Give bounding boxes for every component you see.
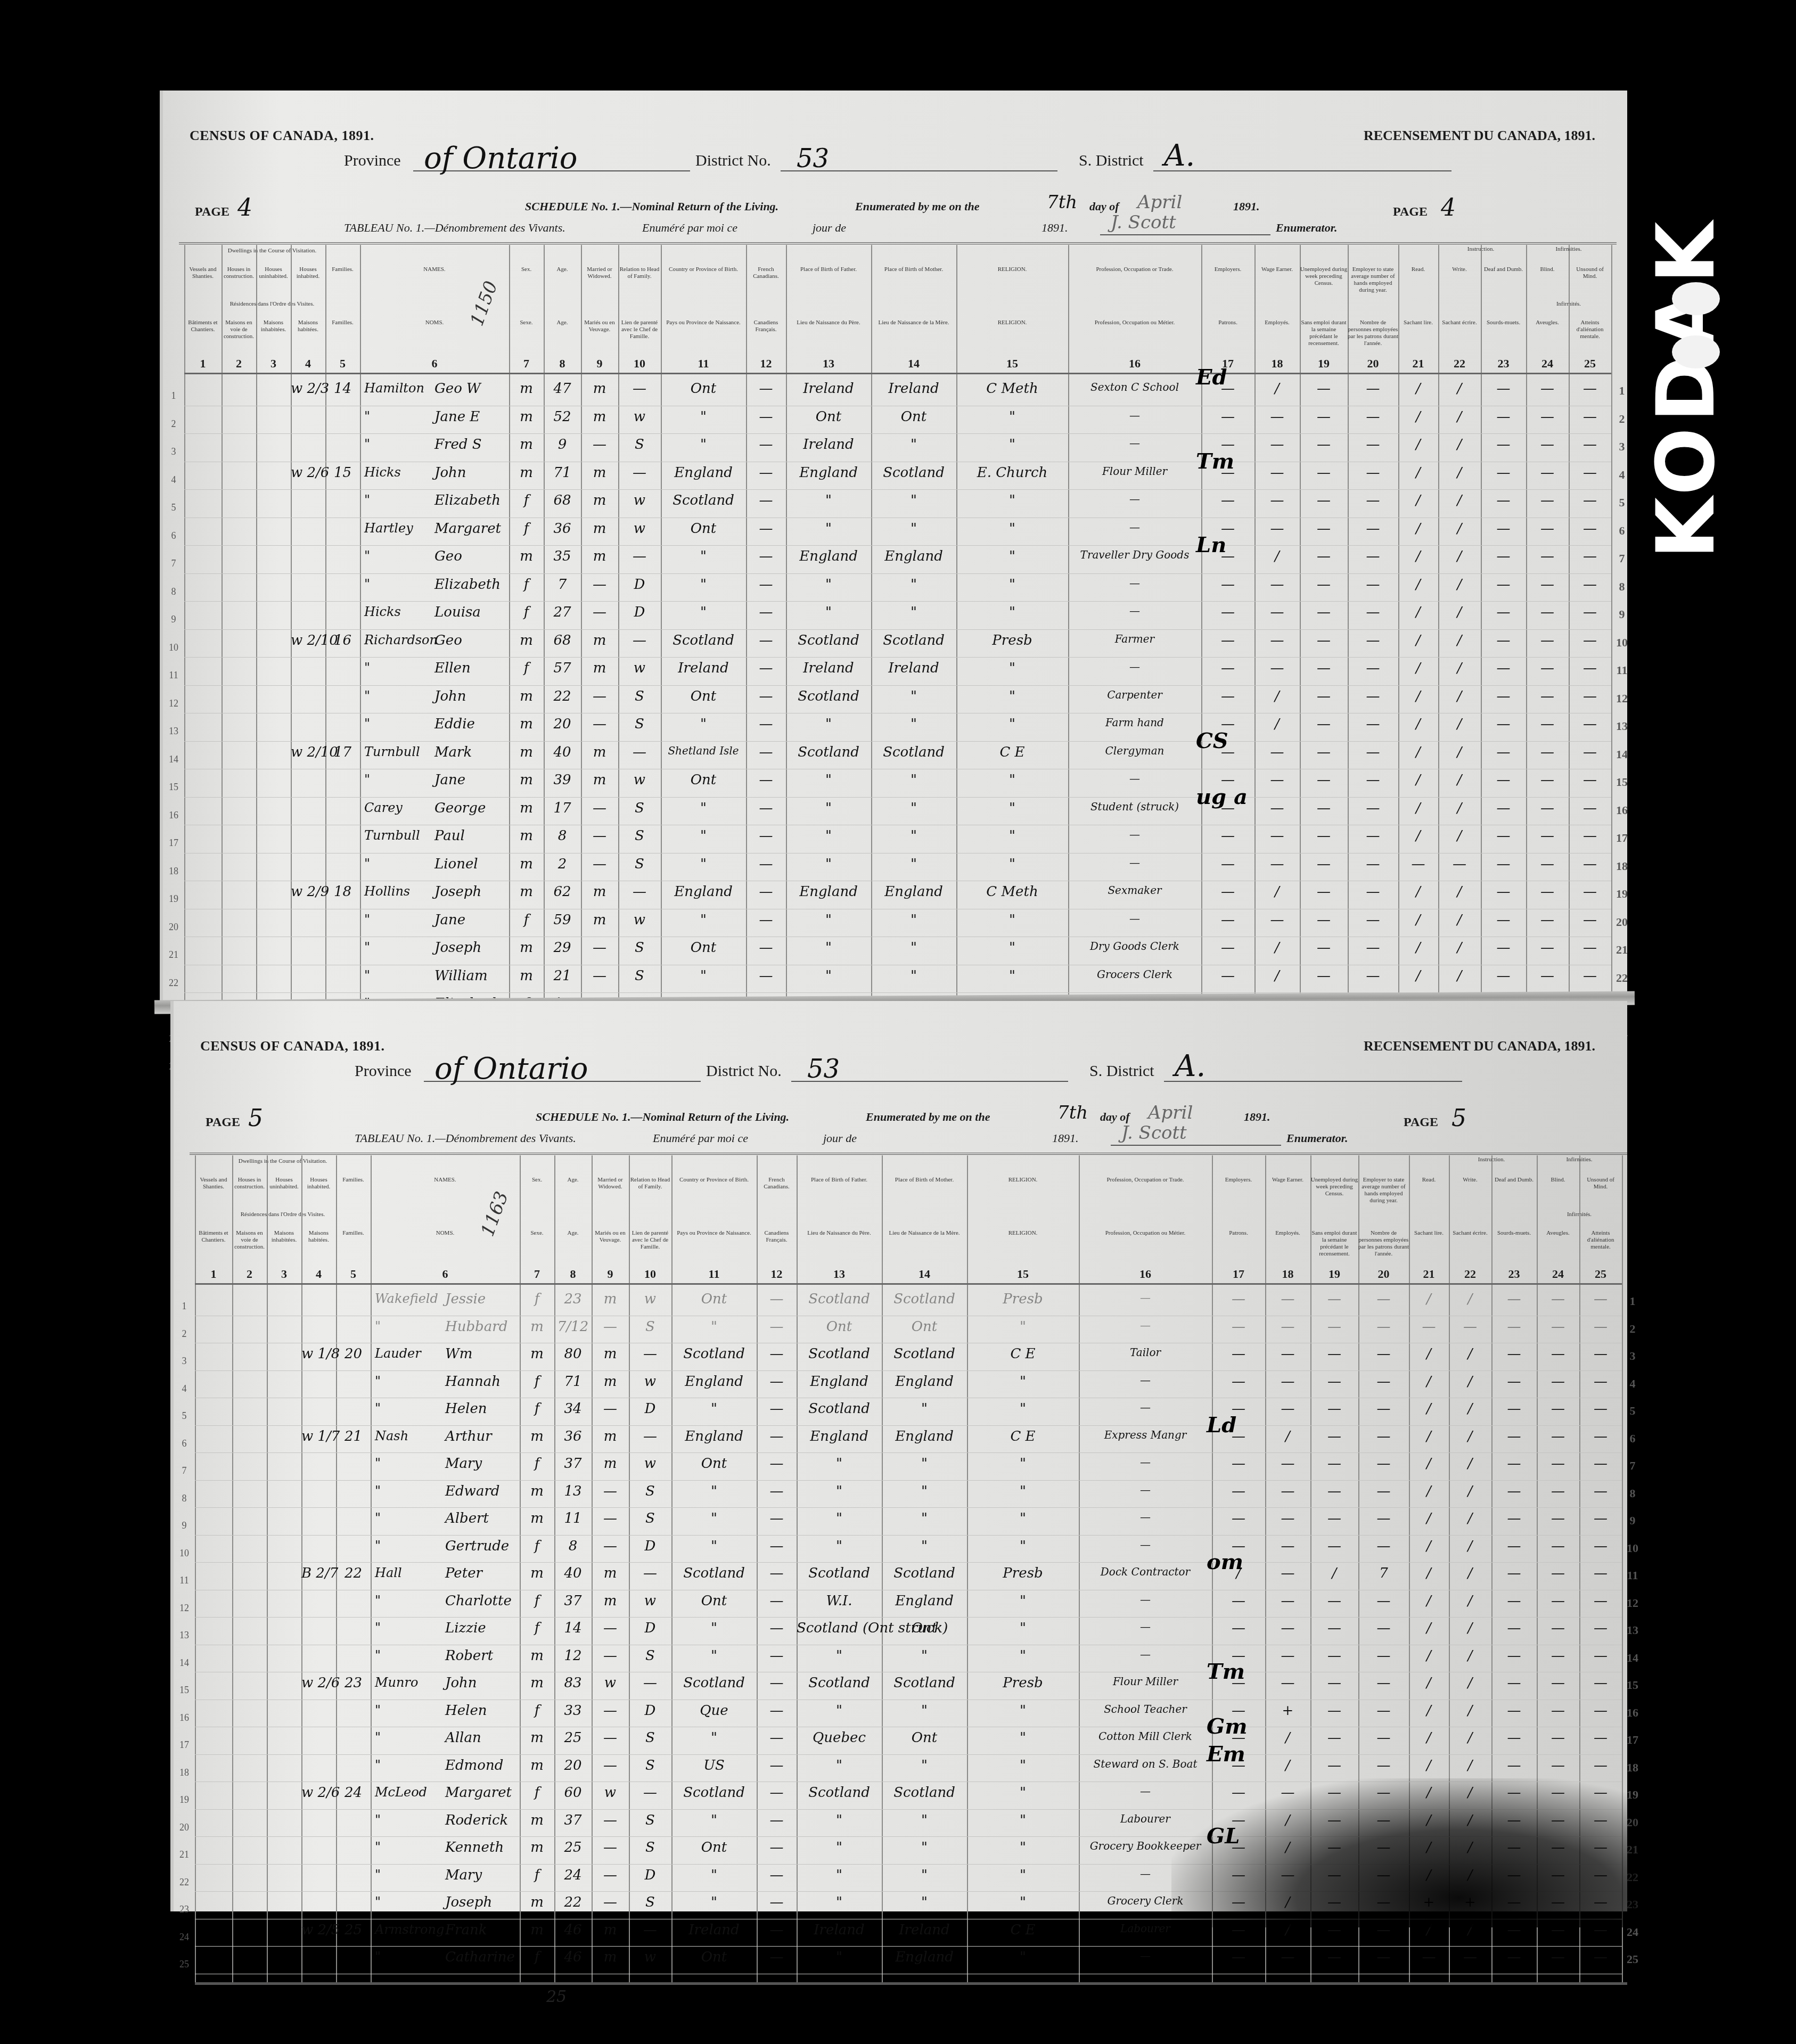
cell-age: 25 [554,1840,592,1856]
cell-mother-birthplace: " [871,940,956,956]
cell-french-canadian: — [746,856,786,872]
enumerator-underline [1100,234,1270,235]
cell-can-write: / [1438,409,1481,425]
column-header-7: Sex. [509,266,544,273]
cell-relation-to-head: S [629,1758,671,1774]
row-number-right: 17 [1614,831,1630,845]
cell-sex: m [509,968,544,984]
cell-can-read: — [1398,856,1438,872]
cell-occupation: Steward on S. Boat [1079,1758,1212,1770]
cell-sex: f [520,1401,554,1417]
cell-mother-birthplace: England [882,1949,967,1965]
cell-given-name: Elizabeth [434,577,509,593]
tableau-label: TABLEAU No. 1.—Dénombrement des Vivants. [344,221,565,235]
cell-wage-earner: — [1254,800,1300,816]
cell-dwelling-fraction: w 2/6 [301,1675,336,1691]
cell-father-birthplace: " [786,912,871,928]
cell-sex: f [520,1867,554,1883]
cell-mother-birthplace: " [871,828,956,844]
cell-age: 57 [544,660,581,676]
cell-sex: m [520,1894,554,1910]
cell-birthplace: " [671,1730,757,1746]
column-header-fr-8: Age. [544,319,581,326]
cell-can-write: / [1438,800,1481,816]
cell-father-birthplace: " [786,968,871,984]
cell-given-name: Jane [434,772,509,788]
cell-blind: — [1526,577,1569,593]
district-label: District No. [706,1062,782,1080]
cell-marital-status: — [581,604,618,620]
cell-hands-employed: — [1358,1429,1409,1444]
cell-deaf-dumb: — [1481,688,1526,704]
cell-blind: — [1526,409,1569,425]
column-rule [360,245,361,1085]
cell-occupation: Flour Miller [1068,465,1201,478]
column-number-24: 24 [1537,1267,1579,1281]
row-number-right: 4 [1614,468,1630,482]
cell-can-write: / [1449,1483,1491,1499]
cell-sex: f [520,1703,554,1719]
cell-religion: " [967,1730,1079,1746]
cell-mother-birthplace: " [871,800,956,816]
column-number-12: 12 [746,357,786,371]
cell-french-canadian: — [757,1648,797,1664]
cell-relation-to-head: — [629,1565,671,1581]
cell-surname: " [364,968,433,983]
cell-wage-earner: — [1265,1949,1310,1965]
cell-relation-to-head: — [618,744,661,760]
cell-can-read: / [1409,1565,1449,1581]
cell-can-write: — [1438,856,1481,872]
cell-can-read: — [1409,1949,1449,1965]
cell-can-read: / [1398,548,1438,564]
row-number-left: 22 [176,1877,192,1888]
cell-hands-employed: — [1348,828,1398,844]
cell-birthplace: " [671,1894,757,1910]
row-rule [184,462,1611,462]
cell-age: 52 [544,409,581,425]
cell-marital-status: — [592,1538,629,1554]
cell-hands-employed: — [1358,1319,1409,1335]
cell-given-name: Paul [434,828,509,844]
cell-surname: " [364,940,433,955]
row-rule [184,713,1611,713]
cell-birthplace: England [661,465,746,481]
row-number-right: 7 [1625,1459,1641,1473]
cell-birthplace: Ont [661,772,746,788]
cell-unemployed: — [1300,912,1348,928]
cell-french-canadian: — [746,577,786,593]
dwellings-group-header: Dwellings in the Course of Visitation. [184,248,360,255]
cell-father-birthplace: " [786,716,871,732]
cell-given-name: Edward [445,1483,520,1499]
cell-marital-status: — [592,1648,629,1664]
cell-employer: — [1201,828,1254,844]
cell-can-write: / [1438,633,1481,649]
cell-can-write: / [1449,1758,1491,1774]
cell-relation-to-head: — [629,1922,671,1938]
cell-hands-employed: — [1358,1620,1409,1636]
cell-employer: — [1201,968,1254,984]
cell-relation-to-head: S [618,716,661,732]
cell-father-birthplace: Ireland [786,660,871,676]
cell-surname: Armstrong [375,1922,444,1937]
cell-given-name: Hannah [445,1374,520,1390]
cell-religion: " [956,604,1068,620]
cell-marital-status: m [581,912,618,928]
cell-surname: " [375,1894,444,1909]
cell-unemployed: — [1300,772,1348,788]
column-header-fr-1: Bâtiments et Chantiers. [195,1230,232,1244]
cell-deaf-dumb: — [1481,772,1526,788]
cell-unsound-mind: — [1569,772,1611,788]
cell-mother-birthplace: " [871,521,956,537]
column-number-22: 22 [1449,1267,1491,1281]
cell-blind: — [1526,968,1569,984]
cell-employer: — [1212,1483,1265,1499]
cell-relation-to-head: — [618,633,661,649]
cell-given-name: Catharine [445,1949,520,1965]
cell-can-read: / [1398,465,1438,481]
cell-unsound-mind: — [1579,1429,1622,1444]
cell-marital-status: — [581,716,618,732]
cell-surname: Hartley [364,521,433,536]
cell-unemployed: — [1300,744,1348,760]
cell-blind: — [1526,465,1569,481]
cell-employer: — [1201,884,1254,900]
row-rule [195,1535,1622,1536]
cell-blind: — [1526,884,1569,900]
cell-surname: " [364,912,433,927]
column-header-fr-14: Lieu de Naissance de la Mère. [882,1230,967,1237]
cell-surname: " [375,1703,444,1718]
cell-surname: " [364,660,433,675]
cell-french-canadian: — [746,465,786,481]
cell-mother-birthplace: " [871,912,956,928]
cell-father-birthplace: " [797,1758,882,1774]
column-header-fr-18: Employés. [1254,319,1300,326]
row-number-left: 24 [176,1932,192,1943]
cell-can-read: / [1409,1703,1449,1719]
column-header-15: RELIGION. [956,266,1068,273]
cell-dwelling-fraction: w 1/8 [301,1346,336,1362]
row-number-right: 5 [1625,1404,1641,1418]
cell-surname: " [375,1538,444,1553]
cell-unemployed: — [1310,1593,1358,1609]
cell-marital-status: — [592,1894,629,1910]
cell-marital-status: — [581,437,618,453]
column-header-17: Employers. [1212,1177,1265,1184]
cell-unsound-mind: — [1579,1648,1622,1664]
cell-birthplace: " [671,1511,757,1526]
column-number-24: 24 [1526,357,1569,371]
cell-mother-birthplace: " [882,1511,967,1526]
row-rule [184,741,1611,742]
row-rule [195,1343,1622,1343]
cell-occupation: — [1068,772,1201,785]
cell-french-canadian: — [757,1429,797,1444]
cell-age: 37 [554,1593,592,1609]
cell-birthplace: " [661,577,746,593]
cell-religion: C E [956,744,1068,760]
column-header-5: Families. [325,266,360,273]
cell-surname: Nash [375,1429,444,1443]
cell-relation-to-head: — [629,1785,671,1801]
row-rule [195,1507,1622,1508]
cell-father-birthplace: England [786,548,871,564]
cell-can-read: / [1398,521,1438,537]
cell-age: 59 [544,912,581,928]
row-number-right: 3 [1614,440,1630,454]
cell-employer: — [1212,1319,1265,1335]
cell-wage-earner: / [1254,940,1300,956]
cell-can-write: / [1449,1648,1491,1664]
cell-unemployed: — [1300,548,1348,564]
cell-given-name: Ellen [434,660,509,676]
column-number-7: 7 [509,357,544,371]
cell-relation-to-head: S [629,1840,671,1856]
cell-wage-earner: — [1254,772,1300,788]
enumerator-annotation: Gm [1207,1714,1247,1739]
column-header-fr-3: Maisons inhabitées. [256,319,291,333]
cell-french-canadian: — [757,1840,797,1856]
row-number-left: 21 [176,1849,192,1860]
column-number-8: 8 [554,1267,592,1281]
cell-deaf-dumb: — [1481,381,1526,397]
cell-family-number: 25 [336,1922,371,1938]
cell-mother-birthplace: " [871,604,956,620]
column-header-23: Deaf and Dumb. [1491,1177,1537,1184]
cell-birthplace: " [661,409,746,425]
column-number-18: 18 [1265,1267,1310,1281]
cell-birthplace: Scotland [671,1675,757,1691]
column-header-fr-23: Sourds-muets. [1491,1230,1537,1237]
cell-marital-status: m [592,1565,629,1581]
cell-relation-to-head: S [629,1894,671,1910]
cell-family-number: 20 [336,1346,371,1362]
row-rule [195,1452,1622,1453]
cell-given-name: Lizzie [445,1620,520,1636]
cell-can-read: / [1409,1675,1449,1691]
cell-given-name: Mary [445,1867,520,1883]
enumerator-annotation: Ln [1196,532,1226,557]
cell-wage-earner: — [1265,1291,1310,1307]
cell-unemployed: — [1310,1456,1358,1472]
column-header-fr-16: Profession, Occupation ou Métier. [1079,1230,1212,1237]
cell-age: 40 [554,1565,592,1581]
row-rule [184,937,1611,937]
cell-hands-employed: — [1348,940,1398,956]
cell-blind: — [1537,1456,1579,1472]
cell-given-name: Allan [445,1730,520,1746]
row-number-right: 7 [1614,552,1630,565]
cell-sex: m [520,1730,554,1746]
cell-mother-birthplace: " [882,1758,967,1774]
cell-religion: " [967,1511,1079,1526]
column-rule [325,245,326,1085]
column-header-11: Country or Province of Birth. [671,1177,757,1184]
cell-blind: — [1537,1758,1579,1774]
cell-blind: — [1537,1730,1579,1746]
cell-wage-earner: / [1254,716,1300,732]
cell-deaf-dumb: — [1481,744,1526,760]
cell-father-birthplace: England [786,465,871,481]
cell-unemployed: — [1310,1538,1358,1554]
cell-hands-employed: — [1348,800,1398,816]
cell-deaf-dumb: — [1481,884,1526,900]
cell-unsound-mind: — [1579,1456,1622,1472]
cell-blind: — [1526,912,1569,928]
cell-mother-birthplace: Ont [882,1730,967,1746]
row-rule [195,1562,1622,1563]
cell-sex: m [509,884,544,900]
cell-given-name: Louisa [434,604,509,620]
row-number-left: 8 [176,1493,192,1504]
row-number-right: 14 [1625,1651,1641,1665]
cell-deaf-dumb: — [1491,1538,1537,1554]
cell-unemployed: — [1300,660,1348,676]
cell-birthplace: " [661,548,746,564]
enumerator-annotation: om [1207,1549,1243,1574]
row-number-left: 12 [166,698,182,709]
column-number-2: 2 [222,357,256,371]
cell-religion: Presb [956,633,1068,649]
cell-birthplace: Ont [671,1840,757,1856]
cell-hands-employed: — [1348,604,1398,620]
column-header-2: Houses in construction. [222,266,256,280]
column-header-fr-4: Maisons habitées. [301,1230,336,1244]
cell-religion: C Meth [956,884,1068,900]
cell-relation-to-head: — [618,381,661,397]
cell-given-name: Jane [434,912,509,928]
cell-deaf-dumb: — [1491,1346,1537,1362]
column-header-7: Sex. [520,1177,554,1184]
cell-birthplace: " [671,1538,757,1554]
cell-can-write: / [1438,688,1481,704]
cell-hands-employed: — [1348,633,1398,649]
cell-unsound-mind: — [1579,1319,1622,1335]
cell-sex: m [509,828,544,844]
cell-surname: " [375,1511,444,1525]
cell-family-number: 24 [336,1785,371,1801]
cell-age: 13 [554,1483,592,1499]
column-header-12: French Canadians. [757,1177,797,1191]
cell-can-write: / [1438,604,1481,620]
cell-given-name: Jane E [434,409,509,425]
cell-birthplace: " [661,828,746,844]
row-number-left: 21 [166,949,182,961]
cell-religion: " [967,1483,1079,1499]
column-header-4: Houses inhabited. [291,266,325,280]
cell-can-read: / [1409,1538,1449,1554]
cell-can-write: / [1438,465,1481,481]
cell-wage-earner: — [1254,437,1300,453]
column-number-1: 1 [184,357,222,371]
cell-birthplace: Ont [671,1593,757,1609]
column-header-fr-1: Bâtiments et Chantiers. [184,319,222,333]
enumerator-annotation: Tm [1207,1659,1245,1684]
cell-unemployed: — [1310,1703,1358,1719]
column-header-1: Vessels and Shanties. [184,266,222,280]
cell-family-number: 21 [336,1429,371,1444]
cell-father-birthplace: " [797,1483,882,1499]
cell-can-write: / [1438,521,1481,537]
cell-sex: f [509,521,544,537]
row-number-right: 20 [1614,915,1630,929]
cell-mother-birthplace: Ont [882,1620,967,1636]
column-number-23: 23 [1481,357,1526,371]
cell-hands-employed: 7 [1358,1565,1409,1581]
column-header-6: NAMES. [371,1177,520,1184]
column-number-1: 1 [195,1267,232,1281]
cell-wage-earner: — [1254,912,1300,928]
row-rule [195,1946,1622,1947]
row-number-left: 15 [166,782,182,793]
cell-wage-earner: — [1265,1511,1310,1526]
cell-dwelling-fraction: w 2/6 [291,465,325,481]
cell-wage-earner: — [1265,1374,1310,1390]
district-value: 53 [797,144,829,174]
cell-mother-birthplace: " [882,1894,967,1910]
cell-can-read: / [1398,912,1438,928]
cell-blind: — [1526,744,1569,760]
cell-mother-birthplace: " [871,492,956,508]
column-header-fr-25: Atteints d'aliénation mentale. [1579,1230,1622,1251]
row-rule [195,1370,1622,1371]
cell-mother-birthplace: Scotland [882,1346,967,1362]
column-number-20: 20 [1348,357,1398,371]
cell-relation-to-head: w [629,1374,671,1390]
cell-occupation: Student (struck) [1068,800,1201,813]
cell-religion: " [967,1593,1079,1609]
row-rule [195,1754,1622,1755]
cell-religion: " [956,716,1068,732]
column-number-4: 4 [291,357,325,371]
cell-relation-to-head: S [618,437,661,453]
row-number-left: 17 [166,838,182,849]
cell-religion: " [956,409,1068,425]
year-label: 1891. [1244,1110,1270,1124]
cell-unemployed: — [1300,604,1348,620]
cell-dwelling-fraction: w 2/5 [301,1922,336,1938]
cell-wage-earner: — [1265,1483,1310,1499]
cell-religion: " [967,1319,1079,1335]
cell-deaf-dumb: — [1491,1429,1537,1444]
column-header-fr-20: Nombre de personnes employées par les pa… [1358,1230,1409,1258]
cell-deaf-dumb: — [1481,800,1526,816]
cell-marital-status: m [592,1593,629,1609]
row-number-right: 8 [1614,580,1630,594]
row-rule [184,489,1611,490]
cell-sex: m [509,633,544,649]
cell-employer: — [1212,1620,1265,1636]
cell-can-read: / [1409,1374,1449,1390]
cell-given-name: Eddie [434,716,509,732]
cell-occupation: — [1068,912,1201,925]
cell-employer: — [1201,856,1254,872]
cell-relation-to-head: D [629,1703,671,1719]
cell-marital-status: — [592,1840,629,1856]
cell-wage-earner: — [1254,660,1300,676]
cell-occupation: — [1068,492,1201,505]
cell-age: 83 [554,1675,592,1691]
cell-mother-birthplace: Ireland [882,1922,967,1938]
cell-unsound-mind: — [1579,1758,1622,1774]
cell-sex: f [520,1538,554,1554]
column-number-6: 6 [371,1267,520,1281]
cell-deaf-dumb: — [1481,548,1526,564]
cell-occupation: — [1079,1456,1212,1468]
